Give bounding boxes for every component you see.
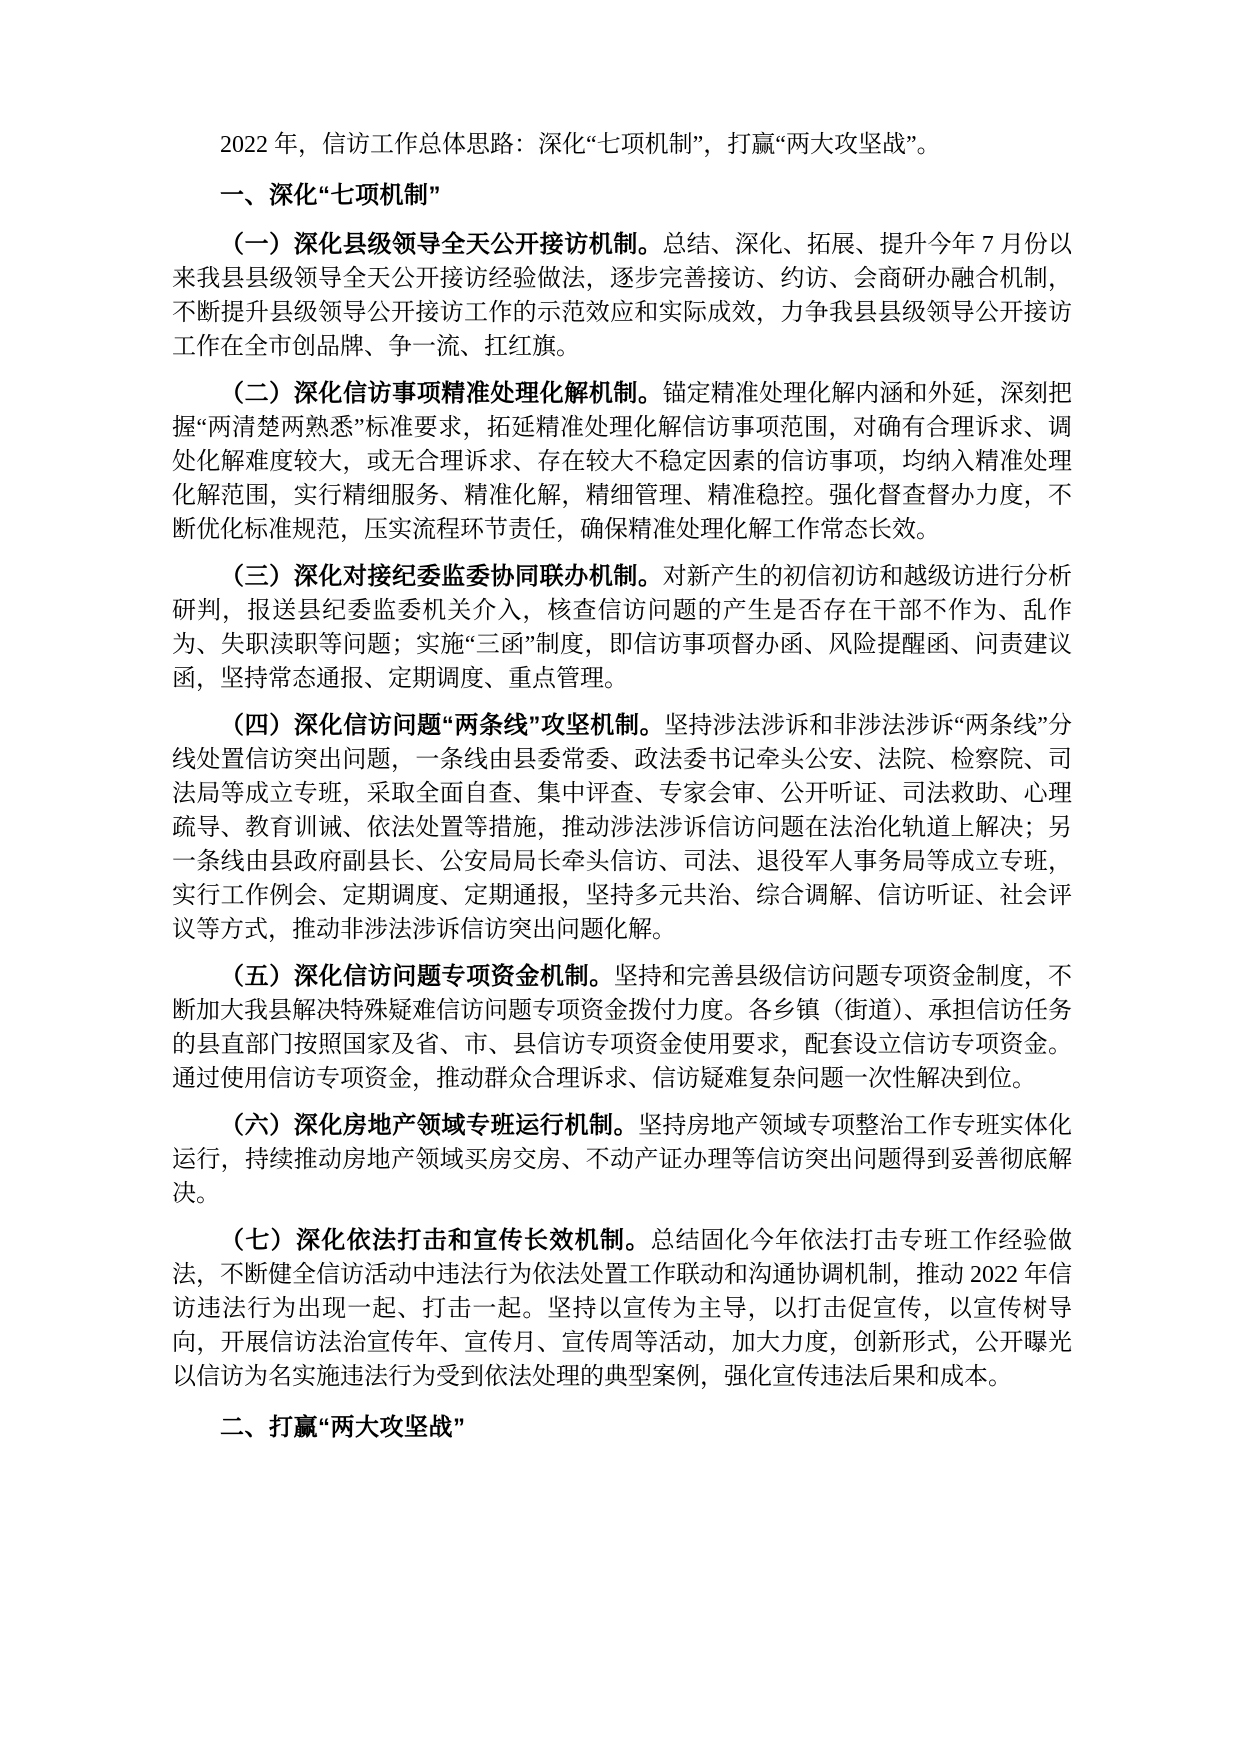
paragraph-item-5: （五）深化信访问题专项资金机制。坚持和完善县级信访问题专项资金制度，不断加大我县… — [172, 960, 1072, 1096]
section-heading-2: 二、打赢“两大攻坚战” — [172, 1411, 1072, 1445]
paragraph-7-lead: （七）深化依法打击和宣传长效机制。 — [220, 1227, 651, 1254]
intro-paragraph: 2022 年，信访工作总体思路：深化“七项机制”，打赢“两大攻坚战”。 — [172, 128, 1072, 162]
paragraph-4-body: 坚持涉法涉诉和非涉法涉诉“两条线”分线处置信访突出问题，一条线由县委常委、政法委… — [172, 713, 1072, 943]
paragraph-item-3: （三）深化对接纪委监委协同联办机制。对新产生的初信初访和越级访进行分析研判，报送… — [172, 560, 1072, 696]
document-page: 2022 年，信访工作总体思路：深化“七项机制”，打赢“两大攻坚战”。 一、深化… — [0, 0, 1240, 1754]
section-heading-1: 一、深化“七项机制” — [172, 179, 1072, 213]
paragraph-4-lead: （四）深化信访问题“两条线”攻坚机制。 — [220, 712, 664, 739]
paragraph-item-6: （六）深化房地产领域专班运行机制。坚持房地产领域专项整治工作专班实体化运行，持续… — [172, 1109, 1072, 1211]
paragraph-item-4: （四）深化信访问题“两条线”攻坚机制。坚持涉法涉诉和非涉法涉诉“两条线”分线处置… — [172, 709, 1072, 947]
paragraph-item-7: （七）深化依法打击和宣传长效机制。总结固化今年依法打击专班工作经验做法，不断健全… — [172, 1224, 1072, 1394]
paragraph-5-lead: （五）深化信访问题专项资金机制。 — [220, 963, 614, 990]
paragraph-1-lead: （一）深化县级领导全天公开接访机制。 — [220, 231, 663, 258]
paragraph-2-lead: （二）深化信访事项精准处理化解机制。 — [220, 380, 663, 407]
paragraph-item-2: （二）深化信访事项精准处理化解机制。锚定精准处理化解内涵和外延，深刻把握“两清楚… — [172, 377, 1072, 547]
paragraph-item-1: （一）深化县级领导全天公开接访机制。总结、深化、拓展、提升今年 7 月份以来我县… — [172, 228, 1072, 364]
paragraph-6-lead: （六）深化房地产领域专班运行机制。 — [220, 1112, 638, 1139]
paragraph-3-lead: （三）深化对接纪委监委协同联办机制。 — [220, 563, 663, 590]
